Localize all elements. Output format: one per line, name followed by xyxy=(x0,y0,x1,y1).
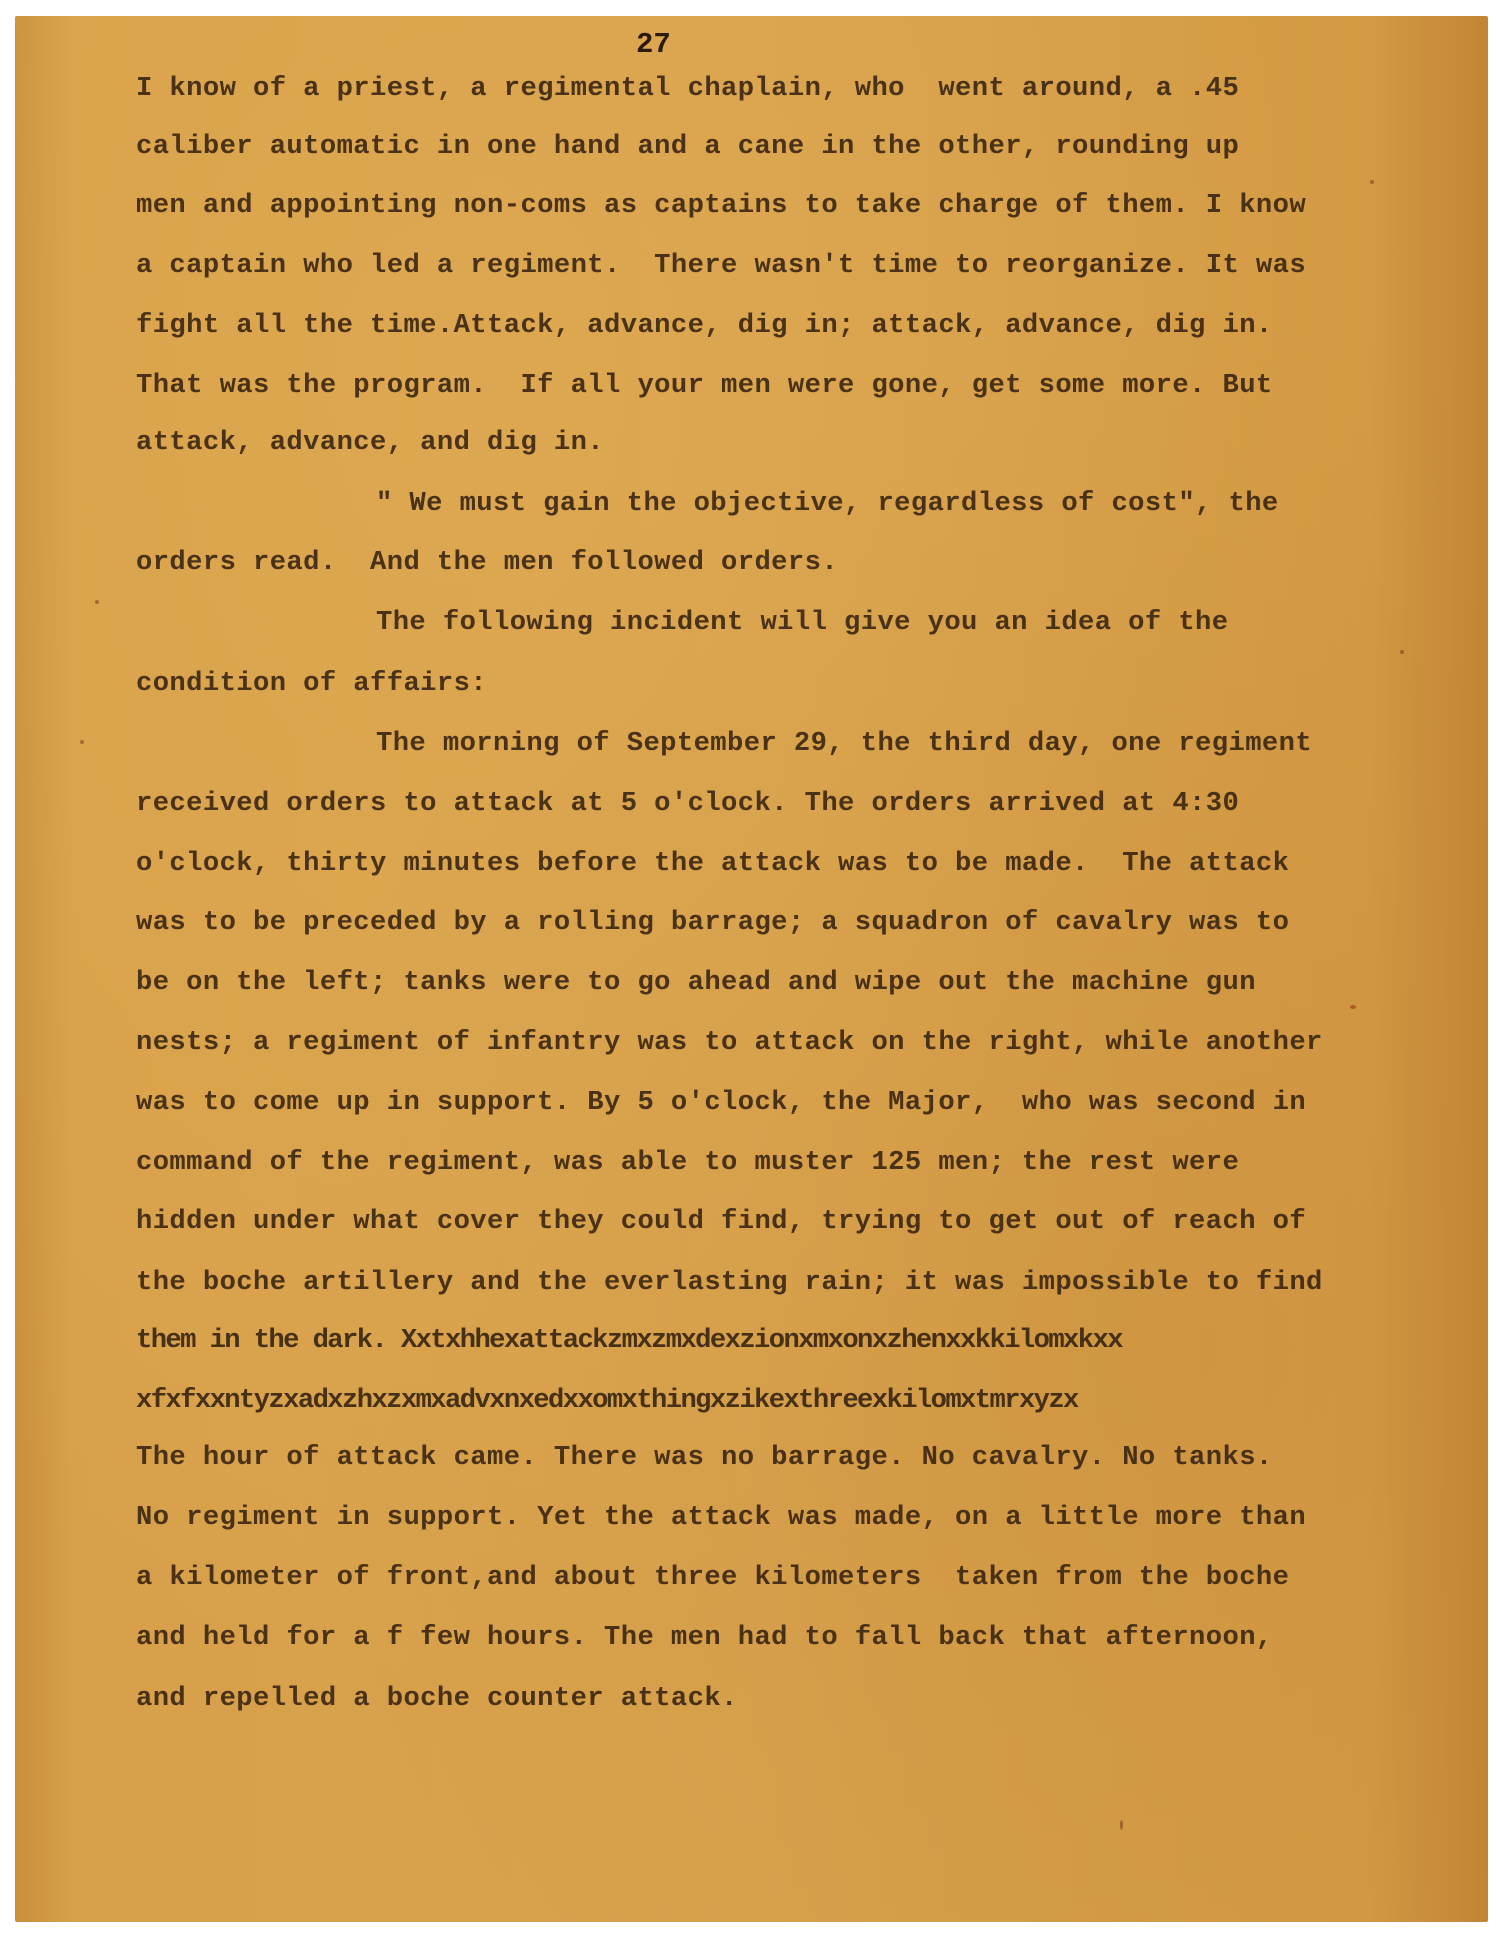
struck-text-line: them in the dark. Xxtxhhexattackzmxzmxde… xyxy=(136,1324,1122,1358)
paper-fleck xyxy=(95,600,99,604)
text-line: hidden under what cover they could find,… xyxy=(136,1205,1306,1239)
text-line: That was the program. If all your men we… xyxy=(136,369,1273,403)
struck-text-line: xfxfxxntyzxadxzhxzxmxadvxnxedxxomxthingx… xyxy=(136,1384,1078,1418)
paper-fleck xyxy=(1370,180,1374,184)
text-line: nests; a regiment of infantry was to att… xyxy=(136,1026,1323,1060)
paper-fleck xyxy=(1400,650,1404,654)
paper-fleck xyxy=(80,740,84,744)
text-line: fight all the time.Attack, advance, dig … xyxy=(136,309,1273,343)
text-line: received orders to attack at 5 o'clock. … xyxy=(136,787,1239,821)
text-line: the boche artillery and the everlasting … xyxy=(136,1266,1323,1300)
text-line: command of the regiment, was able to mus… xyxy=(136,1146,1239,1180)
paper-fleck xyxy=(1350,1005,1356,1009)
text-line: a kilometer of front,and about three kil… xyxy=(136,1561,1289,1595)
text-line: I know of a priest, a regimental chaplai… xyxy=(136,72,1239,106)
text-line: was to come up in support. By 5 o'clock,… xyxy=(136,1086,1306,1120)
text-line: The following incident will give you an … xyxy=(376,606,1228,640)
text-line: and repelled a boche counter attack. xyxy=(136,1682,738,1716)
text-line: o'clock, thirty minutes before the attac… xyxy=(136,847,1289,881)
paper-fleck xyxy=(1120,1820,1123,1830)
text-line: attack, advance, and dig in. xyxy=(136,426,604,460)
text-line: be on the left; tanks were to go ahead a… xyxy=(136,966,1256,1000)
text-line: The morning of September 29, the third d… xyxy=(376,727,1312,761)
text-line: " We must gain the objective, regardless… xyxy=(376,487,1279,521)
text-line: a captain who led a regiment. There wasn… xyxy=(136,249,1306,283)
page-number: 27 xyxy=(636,28,671,61)
text-line: and held for a f few hours. The men had … xyxy=(136,1621,1273,1655)
text-line: No regiment in support. Yet the attack w… xyxy=(136,1501,1306,1535)
text-line: orders read. And the men followed orders… xyxy=(136,546,838,580)
text-line: men and appointing non-coms as captains … xyxy=(136,189,1306,223)
text-line: caliber automatic in one hand and a cane… xyxy=(136,130,1239,164)
text-line: condition of affairs: xyxy=(136,667,487,701)
text-line: The hour of attack came. There was no ba… xyxy=(136,1441,1273,1475)
text-line: was to be preceded by a rolling barrage;… xyxy=(136,906,1289,940)
